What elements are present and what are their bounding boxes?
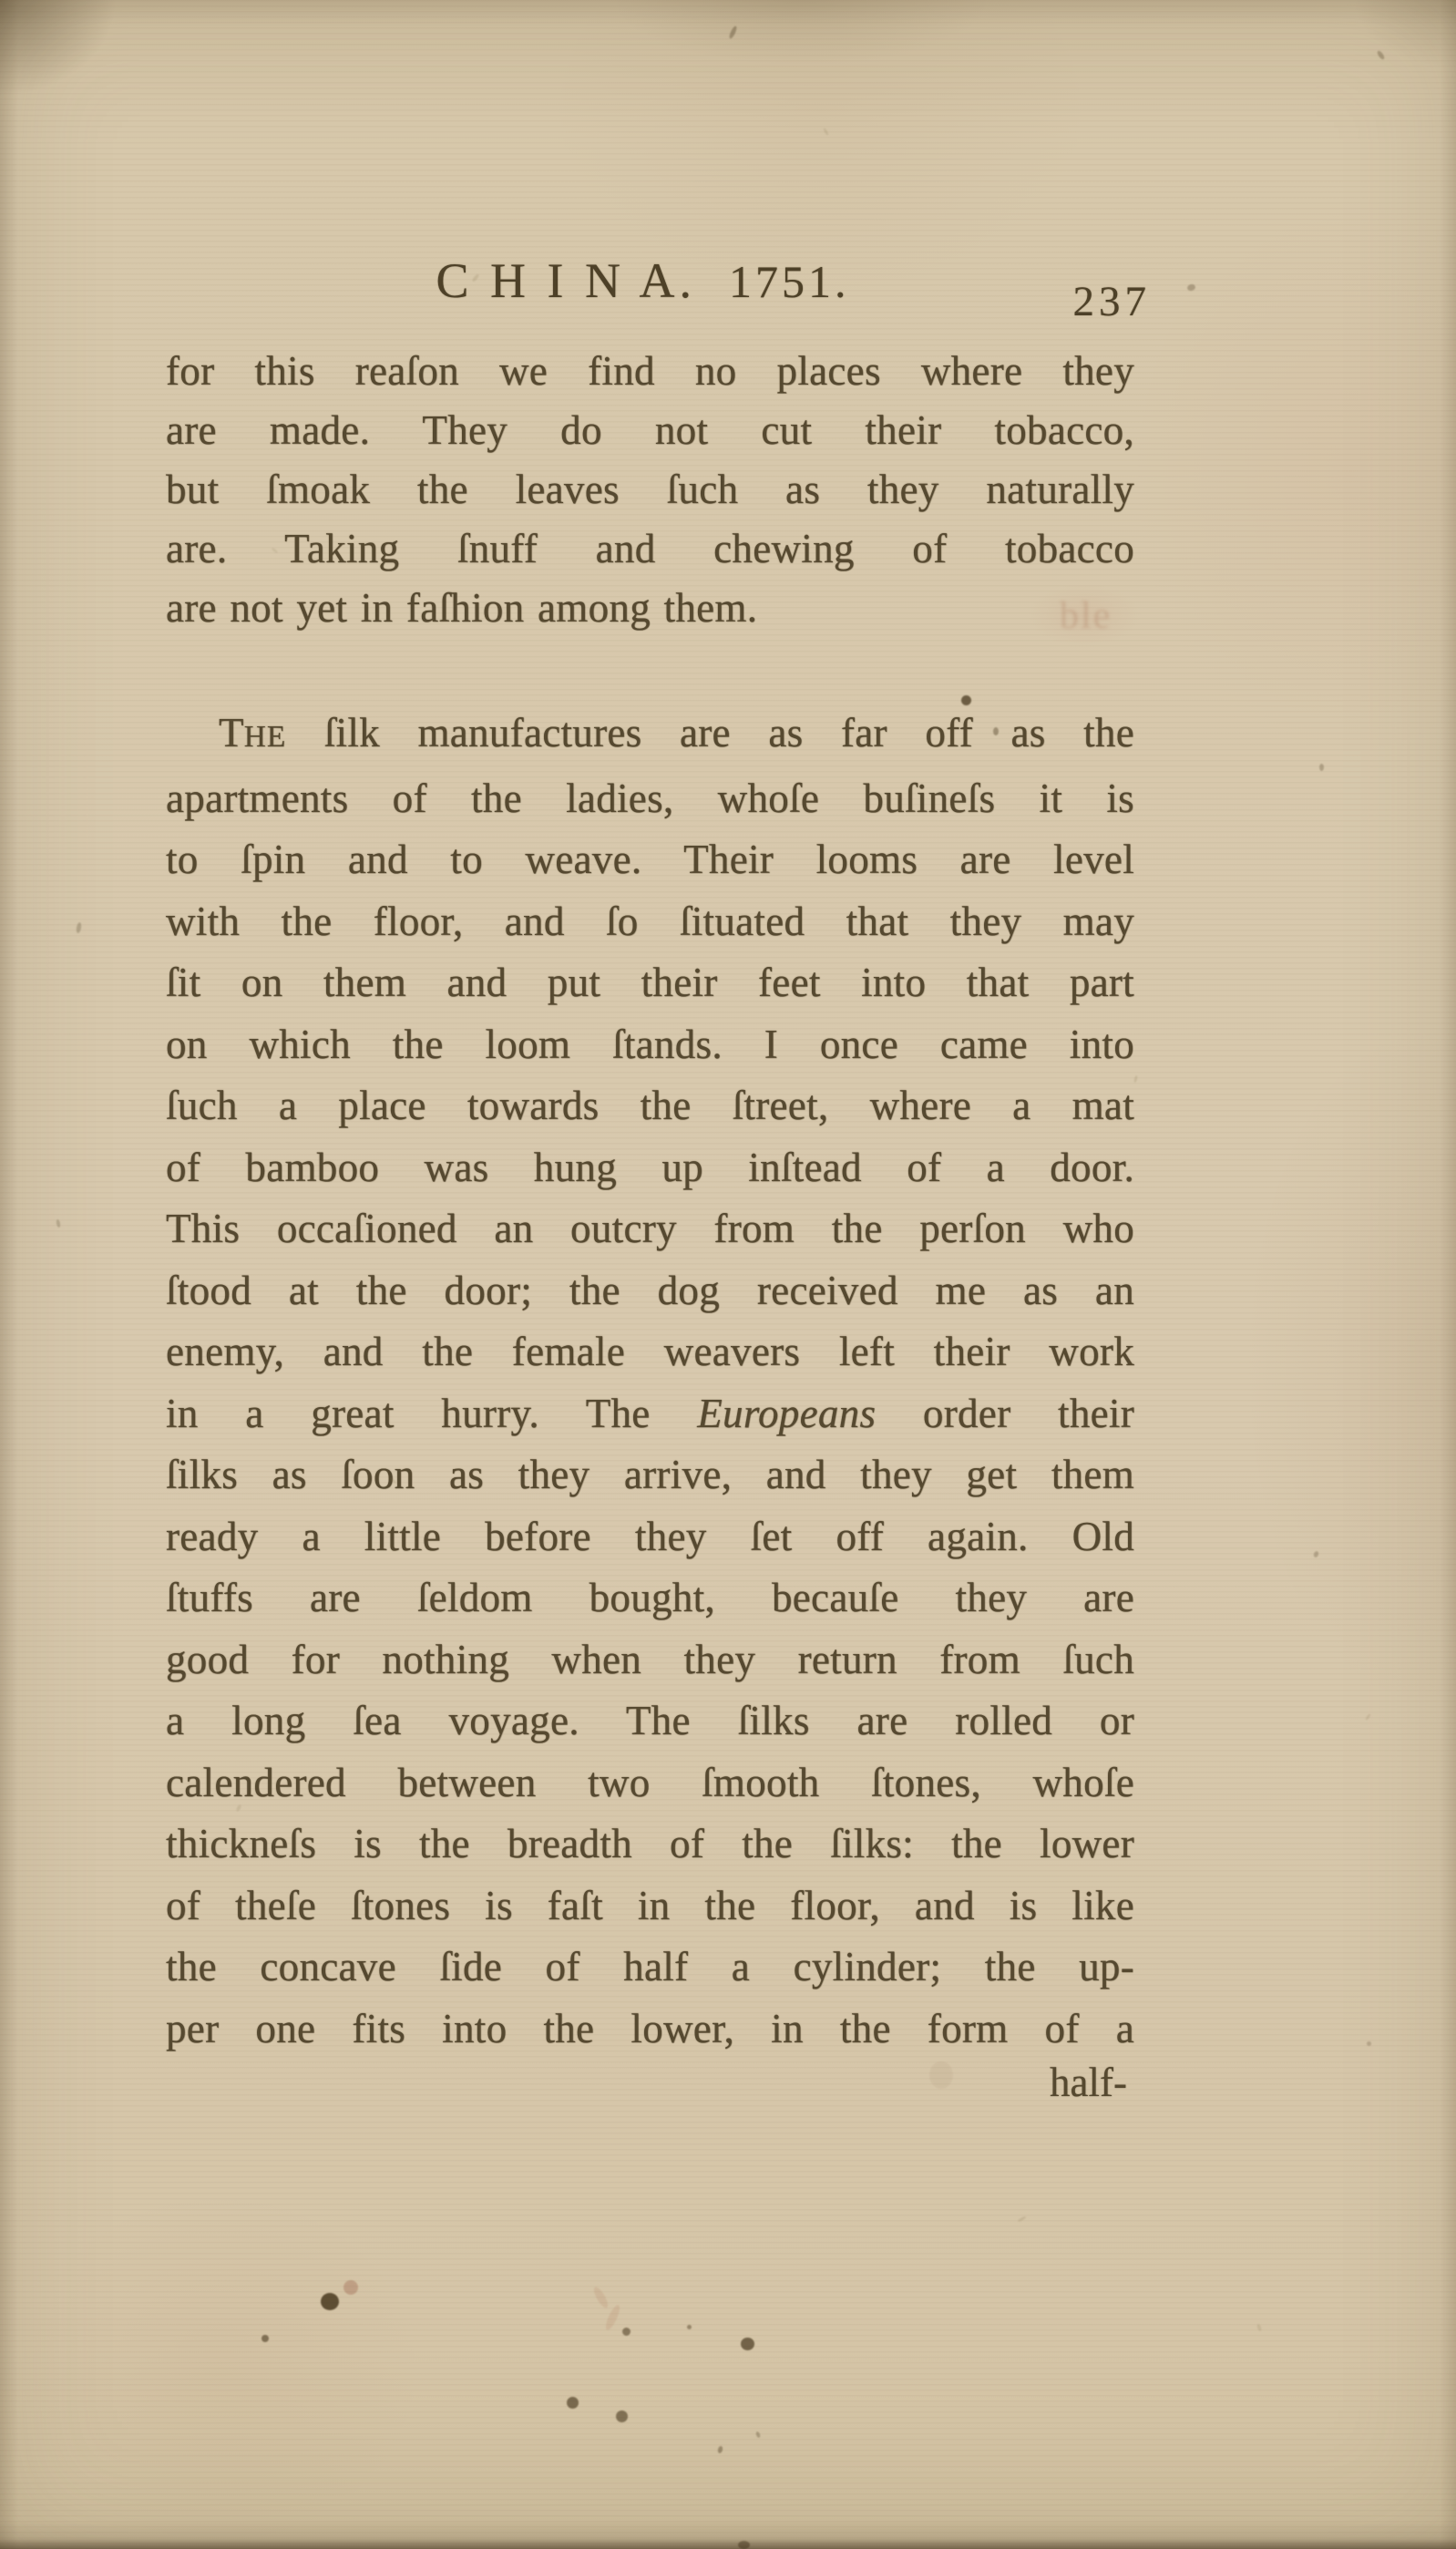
text-run: apartments of the ladies, whoſe buſineſs… (166, 776, 1134, 821)
text-line: on which the loom ſtands. I once came in… (166, 1014, 1134, 1076)
text-line: are. Taking ſnuff and chewing of tobacco (166, 519, 1134, 579)
text-run: on which the loom ſtands. I once came in… (166, 1022, 1134, 1067)
text-line: of theſe ſtones is faſt in the floor, an… (166, 1876, 1134, 1937)
text-run: are made. They do not cut their tobacco, (166, 407, 1134, 453)
text-line: apartments of the ladies, whoſe buſineſs… (166, 768, 1134, 830)
text-run: T (219, 710, 244, 755)
ink-speck (343, 2280, 358, 2295)
ink-speck (717, 2445, 723, 2453)
text-line: for this reaſon we find no places where … (166, 342, 1134, 401)
italic-text: Europeans (697, 1391, 876, 1436)
ink-speck (261, 2335, 269, 2342)
scanned-book-page: C H I N A.1751. 237 for this reaſon we f… (0, 0, 1456, 2549)
text-line: ready a little before they ſet off again… (166, 1506, 1134, 1568)
ink-speck (1376, 50, 1385, 61)
text-line: calendered between two ſmooth ſtones, wh… (166, 1752, 1134, 1814)
text-run: the concave ſide of half a cylinder; the… (166, 1944, 1134, 1989)
ink-speck (1133, 1075, 1138, 1084)
ink-speck (76, 922, 82, 934)
text-run: enemy, and the female weavers left their… (166, 1329, 1134, 1374)
text-run: good for nothing when they return from ſ… (166, 1637, 1134, 1682)
ink-speck (823, 128, 829, 136)
text-line: but ſmoak the leaves ſuch as they natura… (166, 460, 1134, 519)
text-line: in a great hurry. The Europeans order th… (166, 1383, 1134, 1445)
text-run: ready a little before they ſet off again… (166, 1514, 1134, 1559)
ink-speck (56, 1219, 61, 1228)
ink-speck (741, 2338, 754, 2350)
ink-speck (622, 2328, 631, 2336)
running-title-year: 1751. (729, 256, 850, 307)
text-run: of theſe ſtones is faſt in the floor, an… (166, 1883, 1134, 1928)
ink-speck (993, 727, 999, 735)
ink-speck (1186, 283, 1196, 292)
show-through-ghost-text: ble (1060, 594, 1112, 638)
text-line: a long ſea voyage. The ſilks are rolled … (166, 1691, 1134, 1752)
body-paragraph: for this reaſon we find no places where … (166, 342, 1134, 638)
text-line: ſtuffs are ſeldom bought, becauſe they a… (166, 1567, 1134, 1629)
ink-speck (1256, 2324, 1262, 2332)
ink-speck (591, 2285, 610, 2309)
text-run: calendered between two ſmooth ſtones, wh… (166, 1760, 1134, 1805)
page-header: C H I N A.1751. 237 (166, 255, 1134, 346)
text-run: per one fits into the lower, in the form… (166, 2006, 1134, 2051)
text-run: This occaſioned an outcry from the perſo… (166, 1206, 1134, 1251)
text-line: per one fits into the lower, in the form… (166, 1999, 1134, 2061)
ink-speck (1365, 1713, 1371, 1721)
text-run: but ſmoak the leaves ſuch as they natura… (166, 467, 1134, 512)
text-run: thickneſs is the breadth of the ſilks: t… (166, 1821, 1134, 1866)
ink-speck (616, 2410, 628, 2422)
ink-speck (961, 695, 971, 705)
text-line: the concave ſide of half a cylinder; the… (166, 1937, 1134, 1999)
text-line: ſtood at the door; the dog received me a… (166, 1260, 1134, 1322)
ink-speck (755, 2431, 761, 2439)
text-run: ſit on them and put their feet into that… (166, 960, 1134, 1005)
text-line: thickneſs is the breadth of the ſilks: t… (166, 1814, 1134, 1876)
small-caps-text: HE (244, 720, 286, 754)
text-line: ſuch a place towards the ſtreet, where a… (166, 1075, 1134, 1137)
text-run: ſtuffs are ſeldom bought, becauſe they a… (166, 1575, 1134, 1620)
text-line: ſit on them and put their feet into that… (166, 952, 1134, 1014)
ink-speck (1313, 1550, 1319, 1557)
text-line: enemy, and the female weavers left their… (166, 1321, 1134, 1383)
ink-speck (1367, 2041, 1371, 2046)
text-run: with the floor, and ſo ſituated that the… (166, 899, 1134, 944)
ink-speck (687, 2325, 692, 2329)
ink-speck (728, 26, 738, 40)
text-run: ſtood at the door; the dog received me a… (166, 1268, 1134, 1313)
text-line: with the floor, and ſo ſituated that the… (166, 891, 1134, 953)
text-run: ſuch a place towards the ſtreet, where a… (166, 1083, 1134, 1128)
text-line: are made. They do not cut their tobacco, (166, 401, 1134, 460)
ink-speck (1319, 764, 1324, 771)
text-run: for this reaſon we find no places where … (166, 348, 1134, 394)
text-line: of bamboo was hung up inſtead of a door. (166, 1137, 1134, 1199)
text-run: ſilk manufactures are as far off as the (286, 710, 1134, 755)
catchword: half- (166, 2052, 1134, 2114)
text-run: are. Taking ſnuff and chewing of tobacco (166, 526, 1134, 571)
body-paragraph: THE ſilk manufactures are as far off as … (166, 703, 1134, 2060)
text-line: good for nothing when they return from ſ… (166, 1629, 1134, 1691)
running-title: C H I N A.1751. (159, 255, 1127, 307)
text-line: ſilks as ſoon as they arrive, and they g… (166, 1444, 1134, 1506)
text-run: to ſpin and to weave. Their looms are le… (166, 837, 1134, 882)
text-run: of bamboo was hung up inſtead of a door. (166, 1145, 1134, 1190)
text-line: are not yet in faſhion among them. (166, 579, 1134, 638)
page-number: 237 (1073, 277, 1152, 326)
ink-speck (738, 2541, 750, 2549)
ink-speck (929, 2061, 953, 2089)
text-line: This occaſioned an outcry from the perſo… (166, 1198, 1134, 1260)
ink-speck (1017, 2215, 1026, 2223)
text-run: a long ſea voyage. The ſilks are rolled … (166, 1698, 1134, 1743)
ink-speck (567, 2397, 579, 2409)
text-run: in a great hurry. The (166, 1391, 697, 1436)
text-run: order their (876, 1391, 1134, 1436)
text-run: are not yet in faſhion among them. (166, 585, 757, 631)
text-line: to ſpin and to weave. Their looms are le… (166, 829, 1134, 891)
text-line: THE ſilk manufactures are as far off as … (166, 703, 1134, 768)
ink-speck (321, 2293, 339, 2310)
text-run: ſilks as ſoon as they arrive, and they g… (166, 1452, 1134, 1497)
